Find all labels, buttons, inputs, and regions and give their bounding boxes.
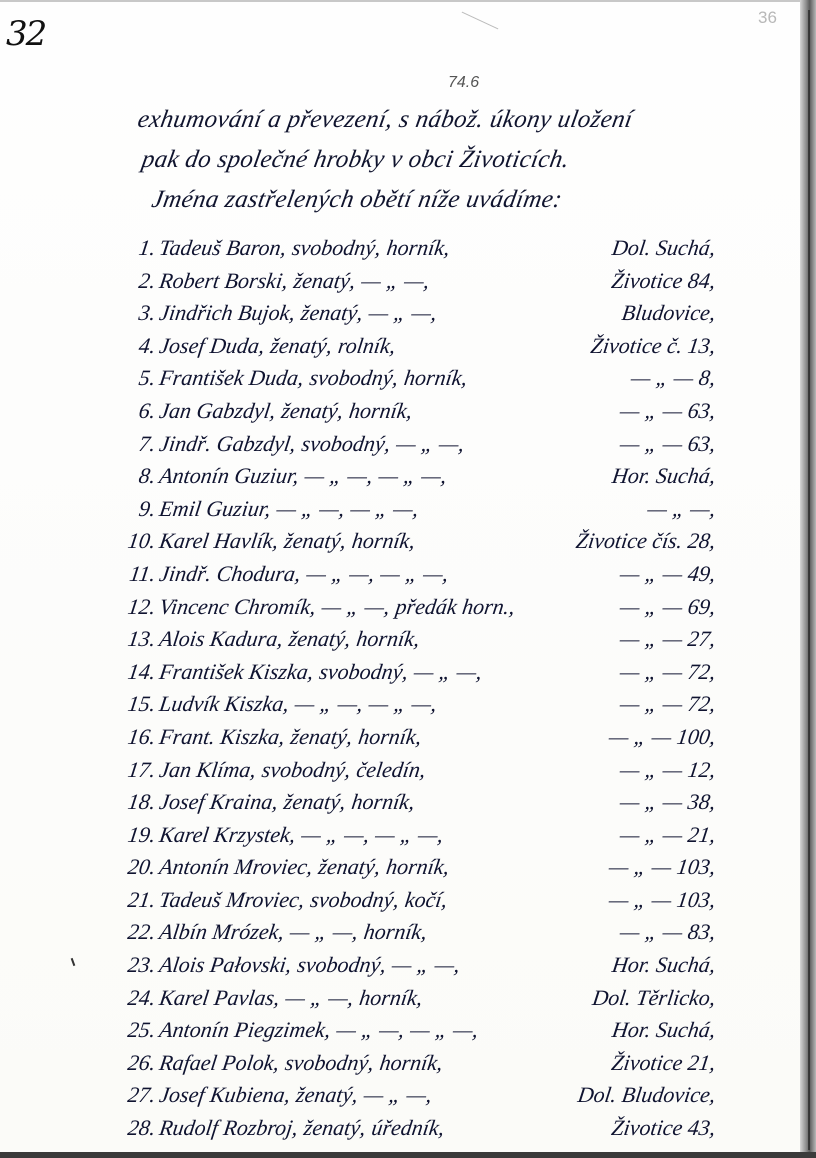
entry-number: 8. bbox=[124, 463, 162, 489]
list-item: 27. Josef Kubiena ženatý — „ — Dol. Blud… bbox=[124, 1075, 719, 1108]
entry-number: 9. bbox=[124, 495, 162, 521]
marital-status: ženatý bbox=[286, 267, 357, 293]
entry-number: 24. bbox=[124, 984, 162, 1010]
list-item: 9. Emil Guziur — „ — — „ — — „ — bbox=[124, 489, 719, 522]
marital-status: svobodný bbox=[302, 365, 400, 391]
residence: — „ — 49 bbox=[612, 561, 717, 587]
list-item: 25. Antonín Piegzimek — „ — — „ — Hor. S… bbox=[124, 1010, 719, 1043]
victim-name: Antonín Mroviec bbox=[158, 854, 315, 880]
residence: Životice 84 bbox=[604, 267, 718, 293]
residence: Dol. Těrlicko bbox=[585, 984, 717, 1010]
victim-name: Albín Mrózek bbox=[158, 919, 286, 945]
residence: — „ — 12 bbox=[612, 756, 717, 782]
residence: Dol. Suchá bbox=[604, 235, 717, 261]
occupation: horník bbox=[342, 398, 415, 424]
list-item: 26. Rafael Polok svobodný horník Životic… bbox=[124, 1043, 719, 1076]
victim-name: Karel Pavlas bbox=[158, 984, 282, 1010]
folio-number: 36 bbox=[758, 8, 777, 28]
residence: — „ — 103 bbox=[601, 886, 717, 912]
residence: Životice čís. 28 bbox=[568, 528, 717, 554]
victim-name: Josef Kraina bbox=[158, 789, 280, 815]
entry-number: 10. bbox=[124, 528, 162, 554]
page-top-edge bbox=[0, 0, 800, 2]
victim-name: Frant. Kiszka bbox=[158, 724, 287, 750]
occupation: — „ — bbox=[354, 267, 432, 293]
list-item: 1. Tadeuš Baron svobodný horník Dol. Suc… bbox=[124, 228, 719, 261]
residence: — „ — 69 bbox=[612, 593, 717, 619]
entry-number: 13. bbox=[124, 626, 162, 652]
list-item: 14. František Kiszka svobodný — „ — — „ … bbox=[124, 652, 719, 685]
occupation: — „ — bbox=[343, 495, 421, 521]
marital-status: ženatý bbox=[296, 1115, 367, 1141]
victims-list: 1. Tadeuš Baron svobodný horník Dol. Suc… bbox=[126, 228, 716, 1141]
victim-name: Alois Kadura bbox=[158, 626, 285, 652]
residence: — „ — 8 bbox=[623, 365, 717, 391]
entry-number: 22. bbox=[124, 919, 162, 945]
marital-status: ženatý bbox=[293, 300, 364, 326]
entry-number: 15. bbox=[124, 691, 162, 717]
victim-name: Antonín Piegzimek bbox=[158, 1017, 333, 1043]
entry-number: 5. bbox=[124, 365, 162, 391]
victim-name: Robert Borski bbox=[158, 267, 290, 293]
entry-number: 6. bbox=[124, 398, 162, 424]
list-item: 16. Frant. Kiszka ženatý horník — „ — 10… bbox=[124, 717, 719, 750]
victim-name: František Duda bbox=[158, 365, 306, 391]
residence: — „ — 103 bbox=[601, 854, 717, 880]
entry-number: 21. bbox=[124, 886, 162, 912]
intro-heading: Jména zastřelených obětí níže uvádíme: bbox=[148, 180, 741, 220]
entry-number: 1. bbox=[124, 235, 162, 261]
list-item: 28. Rudolf Rozbroj ženatý úředník Životi… bbox=[124, 1108, 719, 1141]
list-item: 8. Antonín Guziur — „ — — „ — Hor. Suchá bbox=[124, 456, 719, 489]
entry-number: 23. bbox=[124, 952, 162, 978]
residence: — „ — 83 bbox=[612, 919, 717, 945]
marital-status: — „ — bbox=[297, 463, 375, 489]
residence: — „ — 72 bbox=[612, 691, 717, 717]
occupation: — „ — bbox=[361, 300, 439, 326]
marital-status: — „ — bbox=[294, 821, 372, 847]
occupation: kočí bbox=[397, 886, 449, 912]
occupation: horník bbox=[372, 1049, 445, 1075]
victim-name: Emil Guziur bbox=[158, 495, 273, 521]
residence: — „ — 72 bbox=[612, 658, 717, 684]
entry-number: 27. bbox=[124, 1082, 162, 1108]
entry-number: 12. bbox=[124, 593, 162, 619]
victim-name: Josef Kubiena bbox=[158, 1082, 292, 1108]
list-item: 17. Jan Klíma svobodný čeledín — „ — 12 bbox=[124, 750, 719, 783]
occupation: horník bbox=[379, 854, 452, 880]
residence: — „ — 38 bbox=[612, 789, 717, 815]
residence: Hor. Suchá bbox=[604, 952, 717, 978]
marital-status: svobodný bbox=[254, 756, 352, 782]
binding-line bbox=[808, 10, 810, 1150]
marital-status: ženatý bbox=[283, 724, 354, 750]
marital-status: ženatý bbox=[277, 528, 348, 554]
list-item: 4. Josef Duda ženatý rolník Životice č. … bbox=[124, 326, 719, 359]
marital-status: svobodný bbox=[284, 235, 382, 261]
occupation: — „ — bbox=[406, 658, 484, 684]
entry-number: 25. bbox=[124, 1017, 162, 1043]
pencil-annotation: 74.6 bbox=[448, 74, 479, 92]
marital-status: ženatý bbox=[288, 1082, 359, 1108]
marital-status: — „ — bbox=[282, 919, 360, 945]
residence: Životice 21 bbox=[604, 1049, 718, 1075]
occupation: — „ — bbox=[356, 1082, 434, 1108]
occupation: — „ — bbox=[361, 691, 439, 717]
list-item: 10. Karel Havlík ženatý horník Životice … bbox=[124, 521, 719, 554]
occupation: čeledín bbox=[349, 756, 428, 782]
victim-name: Karel Havlík bbox=[158, 528, 281, 554]
list-item: 6. Jan Gabzdyl ženatý horník — „ — 63 bbox=[124, 391, 719, 424]
victim-name: Rafael Polok bbox=[158, 1049, 281, 1075]
victim-name: Ludvík Kiszka bbox=[158, 691, 291, 717]
occupation: horník bbox=[356, 919, 429, 945]
residence: Dol. Bludovice bbox=[570, 1082, 717, 1108]
list-item: 23. Alois Pałovski svobodný — „ — Hor. S… bbox=[124, 945, 719, 978]
victim-name: Rudolf Rozbroj bbox=[158, 1115, 300, 1141]
occupation: horník bbox=[397, 365, 470, 391]
victim-name: Tadeuš Baron bbox=[158, 235, 288, 261]
entry-number: 20. bbox=[124, 854, 162, 880]
list-item: 13. Alois Kadura ženatý horník — „ — 27 bbox=[124, 619, 719, 652]
list-item: 18. Josef Kraina ženatý horník — „ — 38 bbox=[124, 782, 719, 815]
marital-status: ženatý bbox=[311, 854, 382, 880]
victim-name: Jan Gabzdyl bbox=[158, 398, 278, 424]
entry-number: 4. bbox=[124, 332, 162, 358]
victim-name: Antonín Guziur bbox=[158, 463, 301, 489]
marital-status: svobodný bbox=[294, 430, 392, 456]
residence: Životice 43 bbox=[604, 1115, 718, 1141]
residence: — „ — 21 bbox=[612, 821, 717, 847]
residence: — „ — 63 bbox=[612, 430, 717, 456]
list-item: 3. Jindřich Bujok ženatý — „ — Bludovice bbox=[124, 293, 719, 326]
list-item: 5. František Duda svobodný horník — „ — … bbox=[124, 358, 719, 391]
list-item: 19. Karel Krzystek — „ — — „ — — „ — 21 bbox=[124, 815, 719, 848]
list-item: 7. Jindř. Gabzdyl svobodný — „ — — „ — 6… bbox=[124, 424, 719, 457]
victim-name: Jan Klíma bbox=[158, 756, 258, 782]
residence: Hor. Suchá bbox=[604, 463, 717, 489]
entry-number: 14. bbox=[124, 658, 162, 684]
entry-number: 26. bbox=[124, 1049, 162, 1075]
residence: — „ — 27 bbox=[612, 626, 717, 652]
marital-status: svobodný bbox=[290, 952, 388, 978]
entry-number: 2. bbox=[124, 267, 162, 293]
marital-status: ženatý bbox=[274, 398, 345, 424]
residence: — „ — bbox=[640, 495, 718, 521]
entry-number: 16. bbox=[124, 724, 162, 750]
residence: Bludovice bbox=[614, 300, 717, 326]
occupation: horník bbox=[351, 724, 424, 750]
marital-status: ženatý bbox=[276, 789, 347, 815]
victim-name: Jindř. Gabzdyl bbox=[158, 430, 298, 456]
marital-status: — „ — bbox=[314, 593, 392, 619]
page-bottom-edge bbox=[0, 1152, 816, 1158]
occupation: horník bbox=[344, 789, 417, 815]
occupation: horník bbox=[344, 528, 417, 554]
marital-status: — „ — bbox=[287, 691, 365, 717]
list-item: 20. Antonín Mroviec ženatý horník — „ — … bbox=[124, 847, 719, 880]
victim-name: Jindř. Chodura bbox=[158, 561, 303, 587]
page-number: 32 bbox=[6, 14, 45, 54]
occupation: horník bbox=[379, 235, 452, 261]
residence: Hor. Suchá bbox=[604, 1017, 717, 1043]
occupation: horník bbox=[349, 626, 422, 652]
marital-status: — „ — bbox=[278, 984, 356, 1010]
occupation: horník bbox=[352, 984, 425, 1010]
occupation: rolník bbox=[331, 332, 398, 358]
victim-name: Josef Duda bbox=[158, 332, 267, 358]
occupation: — „ — bbox=[389, 430, 467, 456]
marital-status: ženatý bbox=[263, 332, 334, 358]
entry-number: 18. bbox=[124, 789, 162, 815]
occupation: — „ — bbox=[403, 1017, 481, 1043]
list-item: 11. Jindř. Chodura — „ — — „ — — „ — 49 bbox=[124, 554, 719, 587]
list-item: 24. Karel Pavlas — „ — horník Dol. Těrli… bbox=[124, 978, 719, 1011]
marital-status: svobodný bbox=[303, 886, 401, 912]
marital-status: — „ — bbox=[269, 495, 347, 521]
residence: — „ — 63 bbox=[612, 398, 717, 424]
victim-name: Karel Krzystek bbox=[158, 821, 298, 847]
list-item: 21. Tadeuš Mroviec svobodný kočí — „ — 1… bbox=[124, 880, 719, 913]
intro-line: exhumování a převezení, s nábož. úkony u… bbox=[134, 100, 741, 140]
entry-number: 7. bbox=[124, 430, 162, 456]
victim-name: Vincenc Chromík bbox=[158, 593, 318, 619]
entry-number: 3. bbox=[124, 300, 162, 326]
marital-status: svobodný bbox=[277, 1049, 375, 1075]
entry-number: 28. bbox=[124, 1115, 162, 1141]
residence: — „ — 100 bbox=[601, 724, 717, 750]
entry-number: 11. bbox=[124, 561, 162, 587]
intro-paragraph: exhumování a převezení, s nábož. úkony u… bbox=[138, 100, 738, 220]
occupation: — „ — bbox=[368, 821, 446, 847]
marital-status: svobodný bbox=[312, 658, 410, 684]
marital-status: — „ — bbox=[329, 1017, 407, 1043]
marital-status: — „ — bbox=[299, 561, 377, 587]
victim-name: Alois Pałovski bbox=[158, 952, 294, 978]
list-item: 22. Albín Mrózek — „ — horník — „ — 83 bbox=[124, 912, 719, 945]
victim-name: Jindřich Bujok bbox=[158, 300, 297, 326]
list-item: 12. Vincenc Chromík — „ — předák horn. —… bbox=[124, 587, 719, 620]
occupation: předák horn. bbox=[388, 593, 517, 619]
occupation: — „ — bbox=[371, 463, 449, 489]
marital-status: ženatý bbox=[281, 626, 352, 652]
occupation: — „ — bbox=[373, 561, 451, 587]
entry-number: 17. bbox=[124, 756, 162, 782]
list-item: 2. Robert Borski ženatý — „ — Životice 8… bbox=[124, 261, 719, 294]
victim-name: Tadeuš Mroviec bbox=[158, 886, 307, 912]
list-item: 15. Ludvík Kiszka — „ — — „ — — „ — 72 bbox=[124, 684, 719, 717]
occupation: úředník bbox=[364, 1115, 446, 1141]
entry-number: 19. bbox=[124, 821, 162, 847]
intro-line: pak do společné hrobky v obci Životicích… bbox=[138, 140, 741, 180]
residence: Životice č. 13 bbox=[583, 332, 717, 358]
victim-name: František Kiszka bbox=[158, 658, 316, 684]
occupation: — „ — bbox=[384, 952, 462, 978]
